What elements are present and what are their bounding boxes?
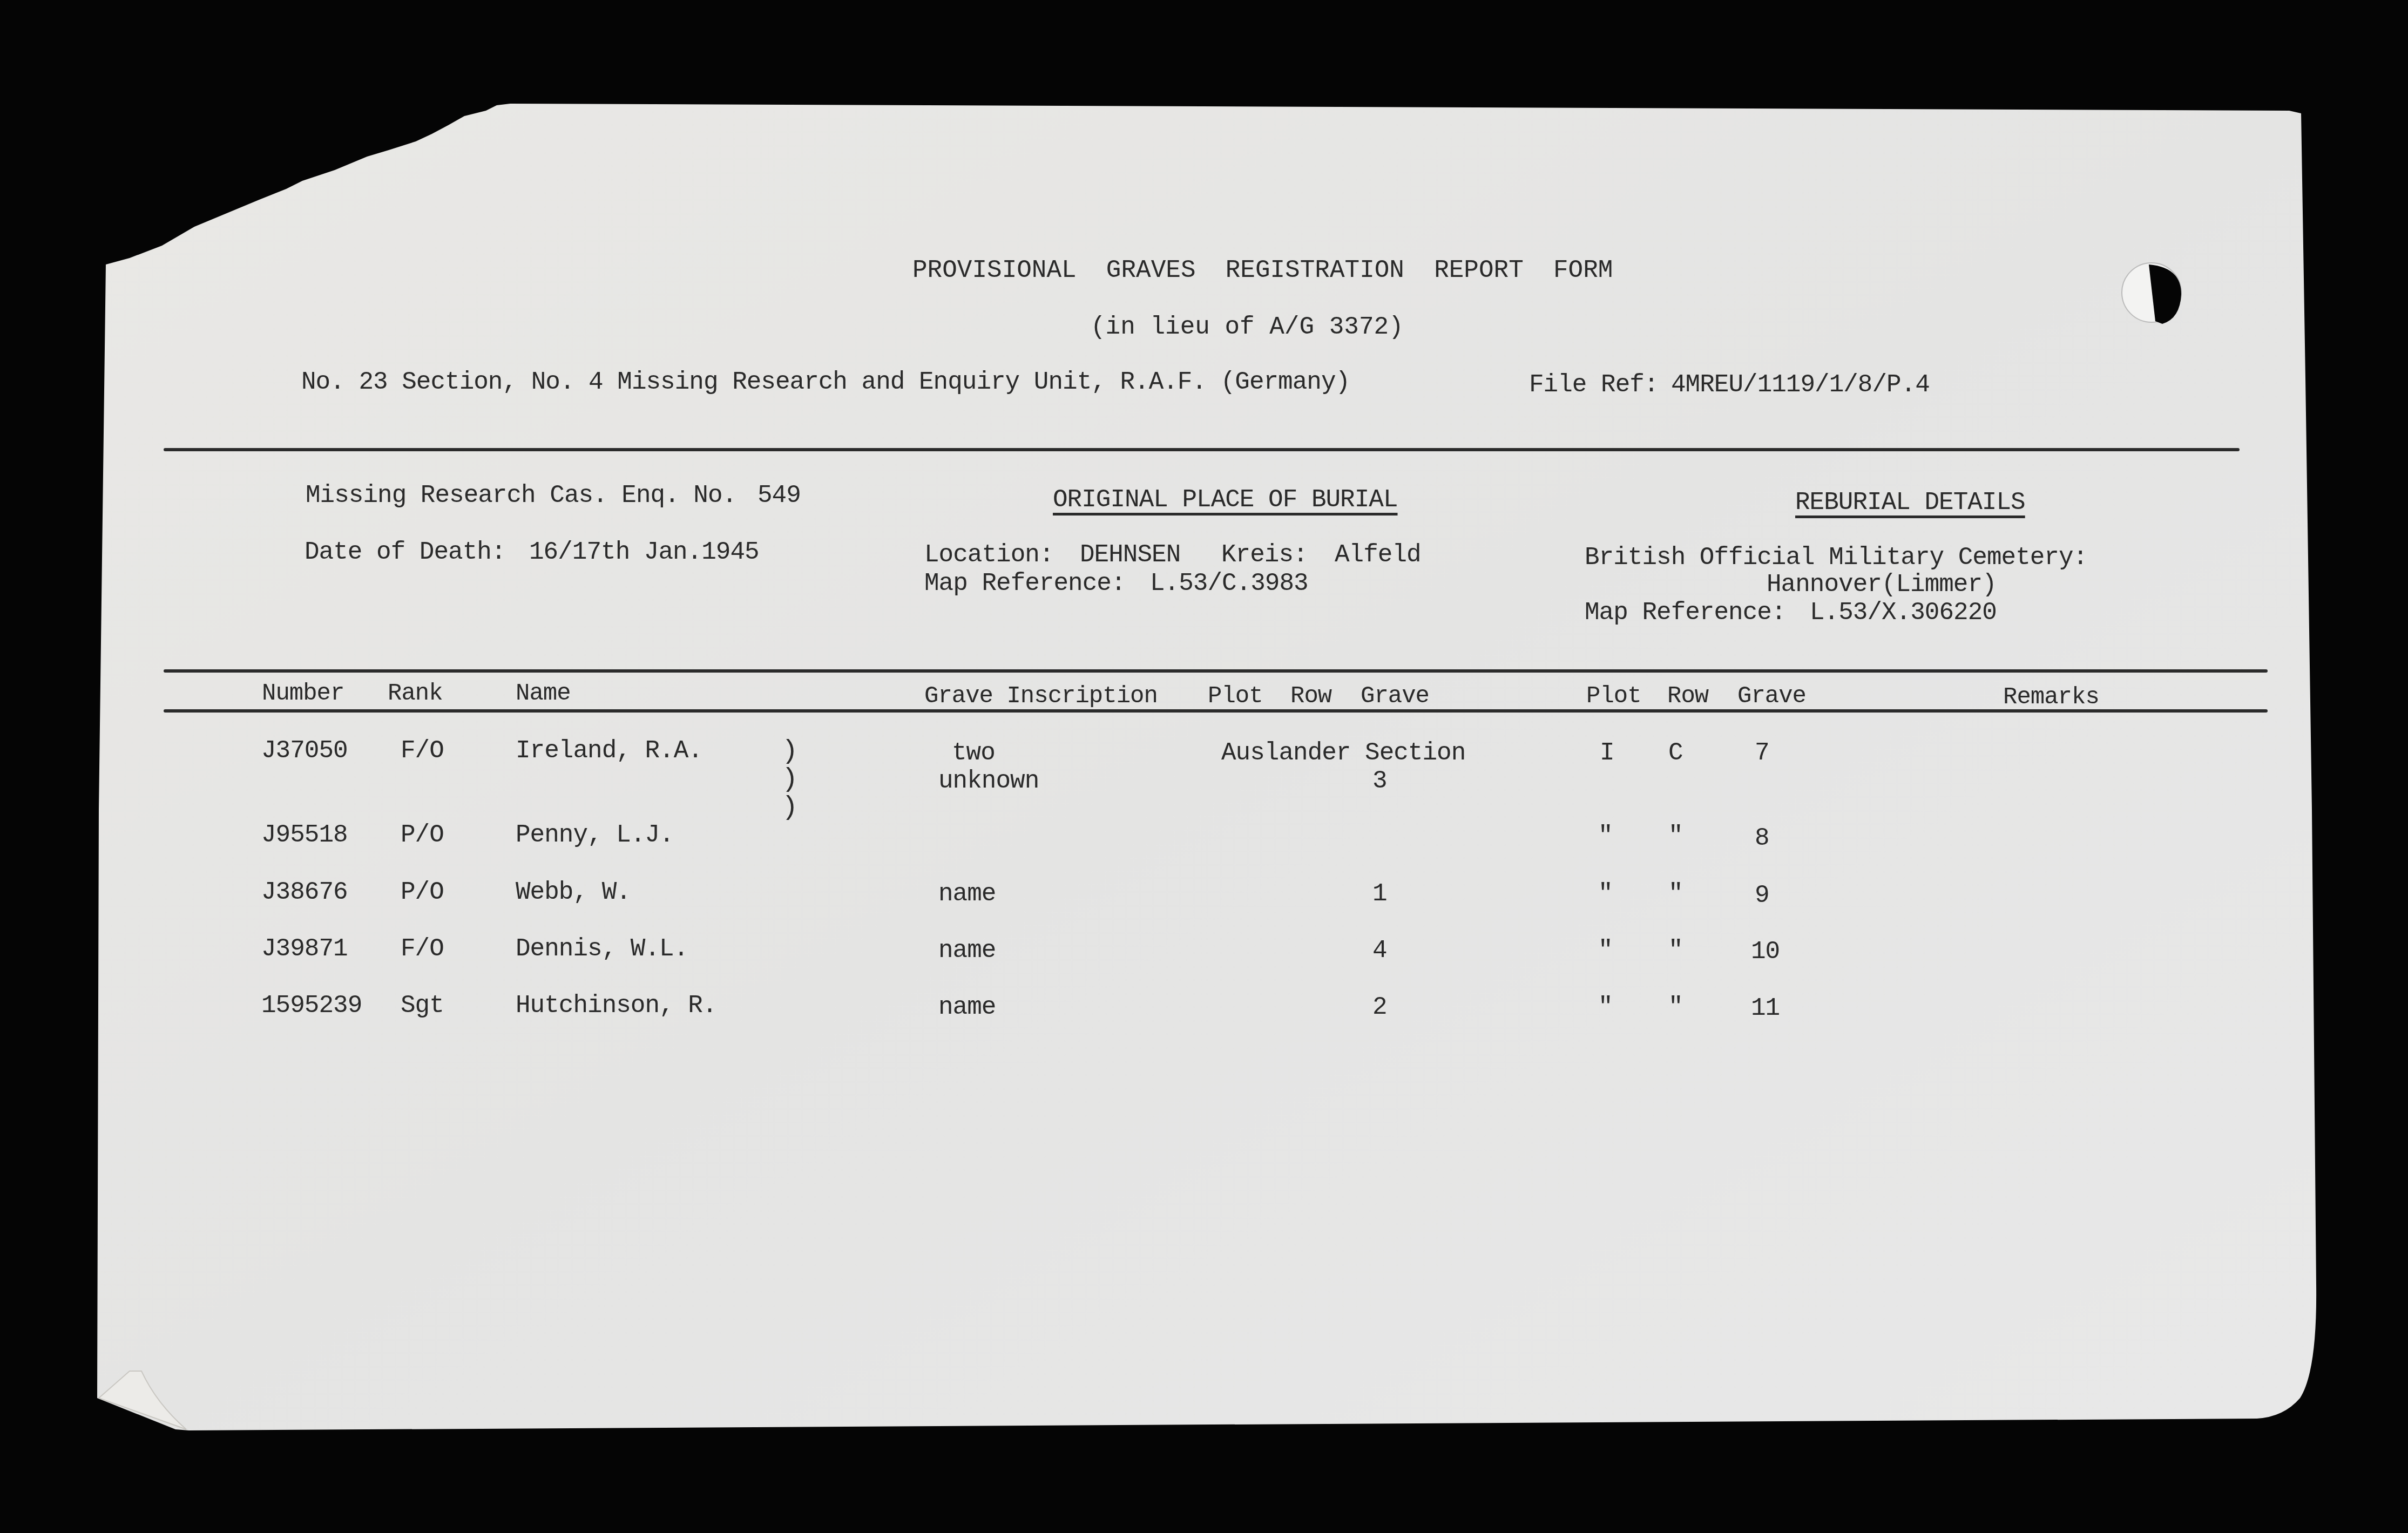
paper-sheet [0,0,2408,1533]
cell-name: Penny, L.J. [516,823,674,847]
reburial-cemetery-value: Hannover(Limmer) [1767,572,1997,597]
date-of-death-label: Date of Death: [305,540,505,565]
cell-orig-grave: 4 [1372,938,1387,963]
group-bracket-bottom: ) [782,795,798,822]
col-name: Name [516,682,571,706]
cell-orig-grave: 1 [1372,881,1387,906]
enq-value: 549 [757,483,801,508]
cell-new-plot: " [1598,938,1613,963]
cell-new-grave: 11 [1751,996,1780,1021]
cell-number: 1595239 [261,993,362,1018]
form-subtitle: (in lieu of A/G 3372) [1091,315,1404,340]
form-title: PROVISIONAL GRAVES REGISTRATION REPORT F… [912,258,1613,283]
cell-rank: F/O [401,937,444,961]
orig-kreis-label: Kreis: [1221,542,1308,567]
reburial-heading: REBURIAL DETAILS [1795,490,2025,515]
orig-mapref-label: Map Reference: [924,571,1125,596]
date-of-death-value: 16/17th Jan.1945 [529,540,759,565]
cell-new-row: " [1668,995,1683,1020]
col-remarks: Remarks [2003,686,2099,709]
group-inscription-line1: two [952,741,995,765]
cell-orig-grave: 2 [1372,995,1387,1020]
reburial-mapref-value: L.53/X.306220 [1810,600,1997,625]
cell-number: J38676 [261,880,348,905]
cell-rank: P/O [401,880,444,905]
group-bracket-mid: ) [782,766,798,793]
col-grave-inscription: Grave Inscription [924,684,1158,708]
cell-new-grave: 9 [1755,883,1769,908]
reburial-mapref-label: Map Reference: [1585,600,1785,625]
unit-line: No. 23 Section, No. 4 Missing Research a… [301,370,1350,395]
cell-number: J39871 [261,937,348,961]
group-orig-location-line1: Auslander Section [1221,741,1465,765]
col-new-row: Row [1667,684,1708,708]
group-bracket-top: ) [782,738,798,765]
original-burial-heading: ORIGINAL PLACE OF BURIAL [1053,487,1398,512]
cell-number: J95518 [261,823,348,847]
cell-inscription: name [938,995,996,1020]
orig-mapref-value: L.53/C.3983 [1150,571,1308,596]
cell-new-grave: 10 [1751,939,1780,964]
cell-name: Webb, W. [516,880,631,905]
cell-new-grave: 8 [1755,826,1769,851]
cell-new-row: " [1668,938,1683,963]
col-new-plot: Plot [1586,684,1641,708]
rule-header-bottom [164,709,2268,713]
cell-name: Dennis, W.L. [516,937,688,961]
cell-name: Ireland, R.A. [516,738,702,763]
reburial-cemetery-label: British Official Military Cemetery: [1585,545,2087,570]
cell-new-plot: " [1598,995,1613,1020]
cell-rank: P/O [401,823,444,847]
cell-new-grave: 7 [1755,741,1769,765]
col-rank: Rank [388,682,443,706]
cell-new-row: " [1668,881,1683,906]
col-orig-plot: Plot [1208,684,1263,708]
group-orig-location-line2: 3 [1372,769,1387,793]
cell-name: Hutchinson, R. [516,993,716,1018]
cell-new-row: " [1668,824,1683,849]
orig-location-value: DEHNSEN [1080,542,1180,567]
rule-top [164,448,2240,451]
col-number: Number [262,682,344,706]
enq-label: Missing Research Cas. Enq. No. [306,483,736,508]
orig-kreis-value: Alfeld [1335,542,1421,567]
cell-rank: F/O [401,738,444,763]
orig-location-label: Location: [924,542,1053,567]
col-orig-grave: Grave [1361,684,1429,708]
cell-rank: Sgt [401,993,444,1018]
col-new-grave: Grave [1737,684,1806,708]
group-inscription-line2: unknown [938,769,1039,793]
file-ref-value: 4MREU/1119/1/8/P.4 [1671,372,1930,397]
cell-new-row: C [1668,741,1683,765]
cell-new-plot: " [1598,824,1613,849]
cell-inscription: name [938,938,996,963]
cell-inscription: name [938,881,996,906]
cell-new-plot: I [1600,741,1614,765]
cell-number: J37050 [261,738,348,763]
cell-new-plot: " [1598,881,1613,906]
file-ref-label: File Ref: [1529,372,1658,397]
col-orig-row: Row [1290,684,1331,708]
rule-middle [164,669,2268,673]
